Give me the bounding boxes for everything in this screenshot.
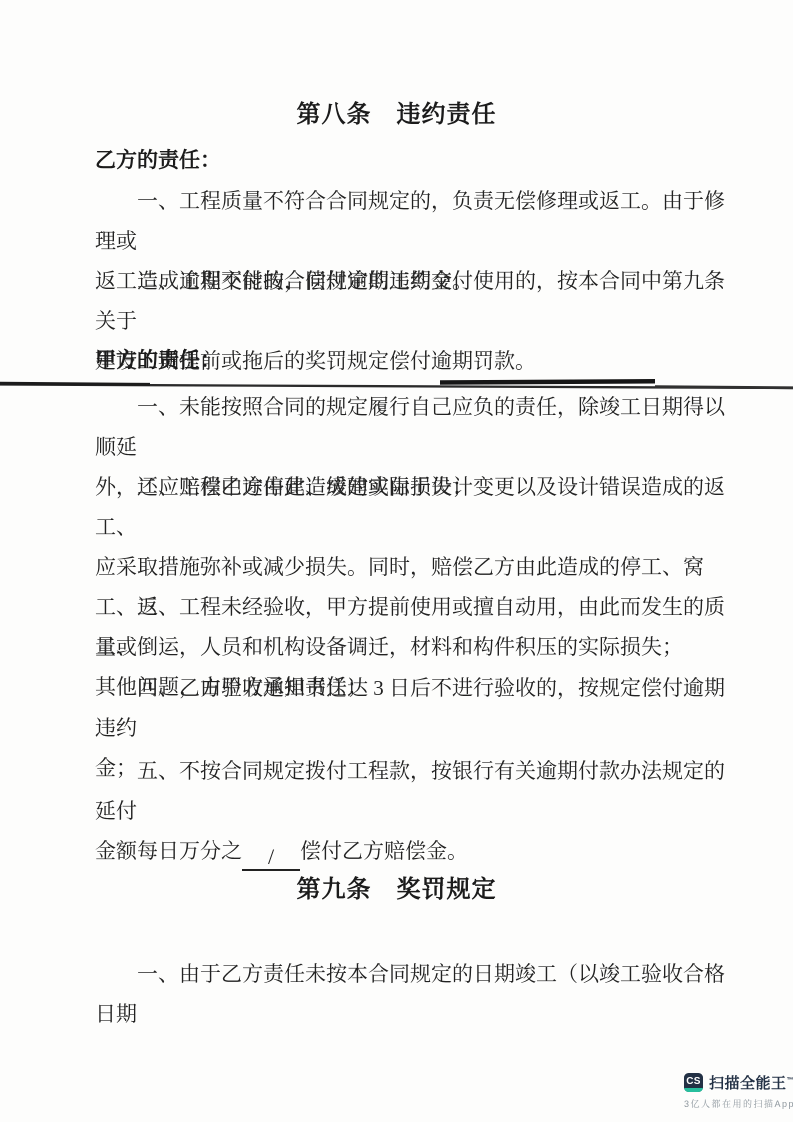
party-a-paragraph-5-line-2: 金额每日万分之/偿付乙方赔偿金。 xyxy=(95,791,740,871)
cs-icon-teal-bar xyxy=(684,1088,703,1092)
blank-suffix-text: 偿付乙方赔偿金。 xyxy=(300,839,468,863)
contract-scan-page: 第八条 违约责任 乙方的责任： 一、工程质量不符合合同规定的，负责无偿修理或返工… xyxy=(0,0,793,1122)
party-b-heading: 乙方的责任： xyxy=(95,141,221,181)
camscanner-app-name: 扫描全能王™ xyxy=(709,1072,793,1093)
handwritten-slash-mark: / xyxy=(268,842,274,872)
article-8-title: 第八条 违约责任 xyxy=(0,95,793,135)
trademark-symbol: ™ xyxy=(787,1077,793,1084)
article-9-title: 第九条 奖罚规定 xyxy=(0,870,793,910)
camscanner-logo-row: CS 扫描全能王™ xyxy=(684,1072,793,1093)
cs-icon-letters: CS xyxy=(686,1076,701,1087)
party-a-heading: 甲方的责任： xyxy=(95,341,221,381)
app-name-text: 扫描全能王 xyxy=(709,1075,787,1092)
article-9-paragraph-1: 一、由于乙方责任未按本合同规定的日期竣工（以竣工验收合格日期 xyxy=(95,954,740,1034)
camscanner-tagline: 3亿人都在用的扫描App xyxy=(684,1097,793,1110)
blank-prefix-text: 金额每日万分之 xyxy=(95,839,242,863)
camscanner-watermark: CS 扫描全能王™ 3亿人都在用的扫描App xyxy=(684,1072,793,1110)
fill-in-blank-underline: / xyxy=(242,841,300,871)
camscanner-app-icon: CS xyxy=(684,1073,703,1092)
